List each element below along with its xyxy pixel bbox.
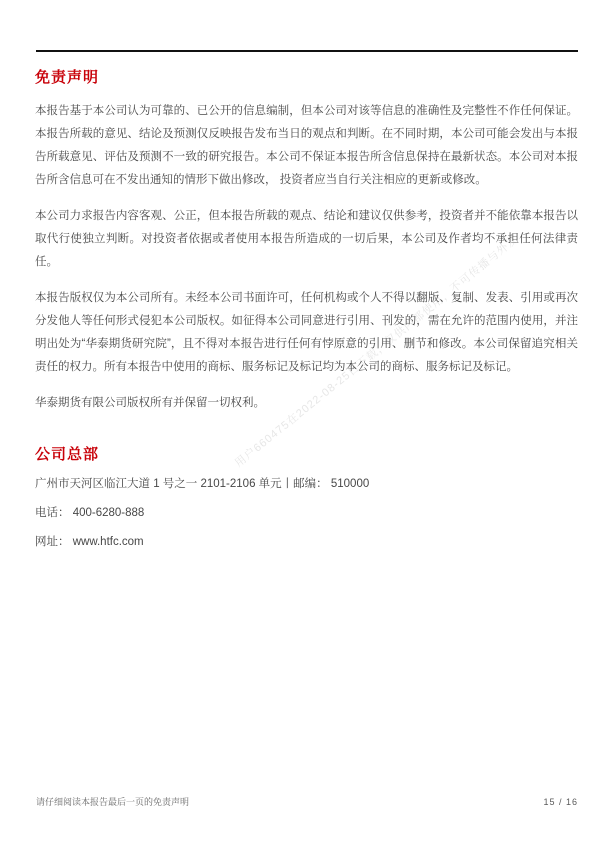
- phone-number: 400-6280-888: [73, 507, 145, 519]
- footer-disclaimer-note: 请仔细阅读本报告最后一页的免责声明: [36, 795, 189, 808]
- page-footer: 请仔细阅读本报告最后一页的免责声明 15 / 16: [36, 795, 578, 808]
- headquarters-phone-line: 电话： 400-6280-888: [35, 506, 578, 520]
- website-label: 网址：: [35, 536, 70, 548]
- headquarters-address: 广州市天河区临江大道 1 号之一 2101-2106 单元丨邮编： 510000: [35, 477, 578, 491]
- phone-label: 电话：: [35, 507, 70, 519]
- header-divider: [36, 50, 578, 52]
- copyright-line: 华泰期货有限公司版权所有并保留一切权利。: [35, 392, 578, 415]
- page-number: 15 / 16: [543, 797, 578, 807]
- disclaimer-section-title: 免责声明: [35, 66, 578, 87]
- page-content: 免责声明 本报告基于本公司认为可靠的、已公开的信息编制，但本公司对该等信息的准确…: [35, 60, 578, 564]
- disclaimer-paragraph-1: 本报告基于本公司认为可靠的、已公开的信息编制，但本公司对该等信息的准确性及完整性…: [35, 100, 578, 192]
- headquarters-website-line: 网址： www.htfc.com: [35, 535, 578, 549]
- report-page: 免责声明 本报告基于本公司认为可靠的、已公开的信息编制，但本公司对该等信息的准确…: [0, 0, 614, 863]
- disclaimer-paragraph-3: 本报告版权仅为本公司所有。未经本公司书面许可，任何机构或个人不得以翻版、复制、发…: [35, 287, 578, 379]
- headquarters-section-title: 公司总部: [35, 443, 578, 464]
- disclaimer-paragraph-2: 本公司力求报告内容客观、公正，但本报告所载的观点、结论和建议仅供参考，投资者并不…: [35, 205, 578, 274]
- website-url[interactable]: www.htfc.com: [73, 536, 144, 548]
